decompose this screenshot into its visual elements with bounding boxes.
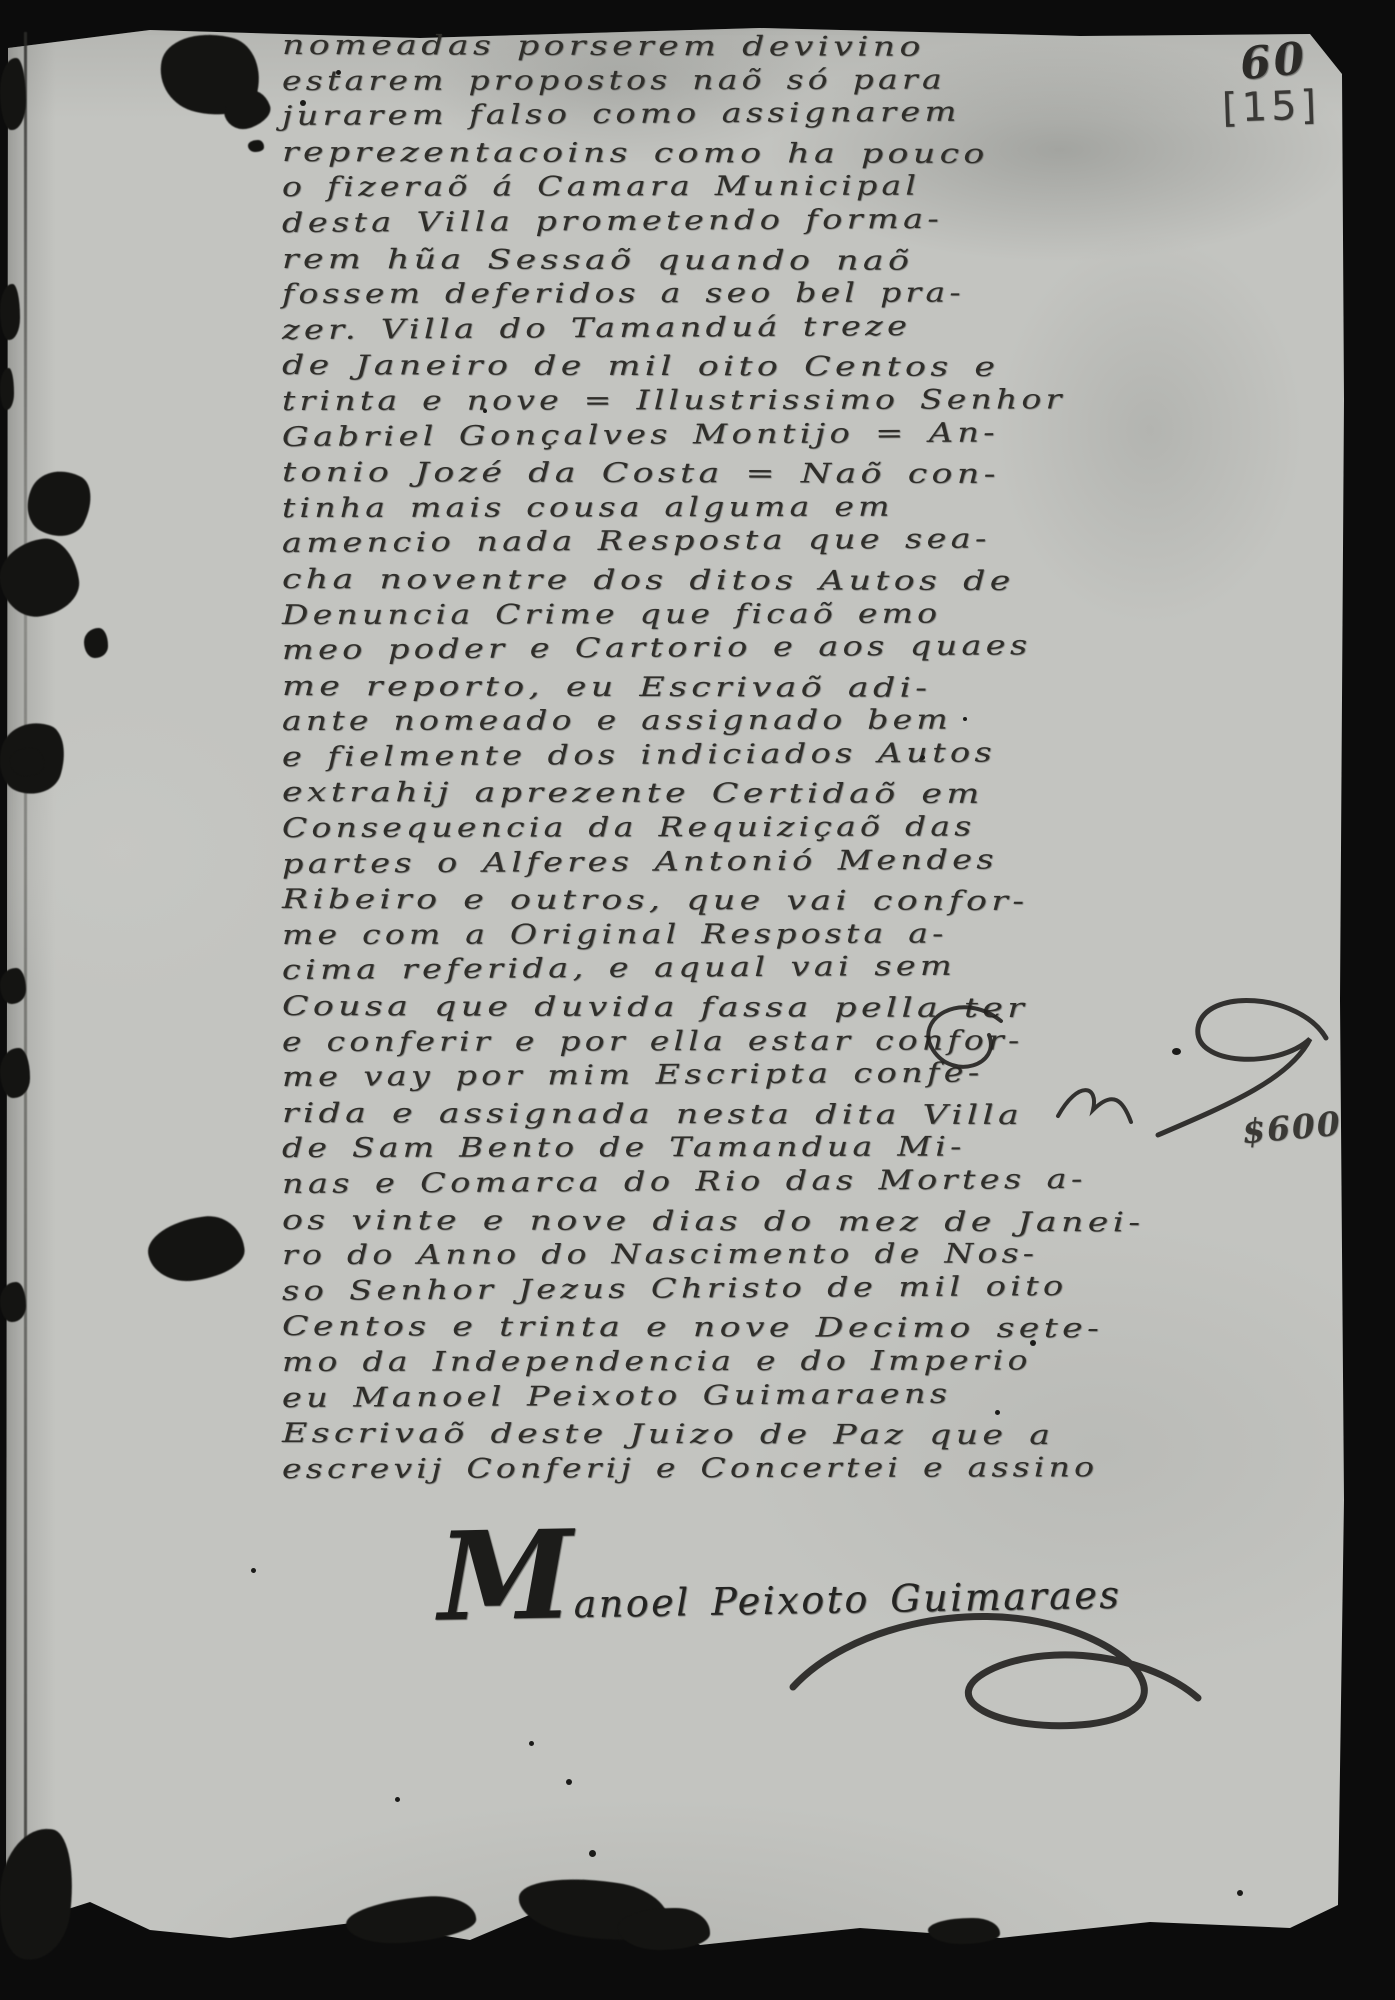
- scan-background: nomeadas porserem devivinoestarem propos…: [0, 0, 1395, 2000]
- ink-speck: [529, 1741, 534, 1746]
- manuscript-line: meo poder e Cartorio e aos quaes: [282, 630, 1150, 671]
- manuscript-line: nomeadas porserem devivino: [282, 30, 1178, 68]
- ink-blot: [928, 1918, 1000, 1944]
- manuscript-lines: nomeadas porserem devivinoestarem propos…: [282, 30, 982, 1489]
- manuscript-line: rida e assignada nesta dita Villa: [282, 1098, 1178, 1136]
- manuscript-line: ro do Anno do Nascimento de Nos-: [282, 1238, 1136, 1275]
- ink-speck: [920, 755, 925, 760]
- ink-speck: [589, 1850, 596, 1857]
- ink-blot: [0, 1048, 30, 1098]
- manuscript-line: partes o Alferes Antonió Mendes: [282, 843, 1150, 884]
- line-end-flourish: [903, 993, 1018, 1098]
- ink-speck: [395, 1797, 400, 1802]
- manuscript-line: Cousa que duvida fassa pella ter: [282, 991, 1178, 1029]
- manuscript-line: trinta e nove = Illustrissimo Senhor: [282, 384, 1136, 421]
- ink-speck: [483, 409, 487, 413]
- ink-speck: [566, 1779, 572, 1785]
- manuscript-line: os vinte e nove dias do mez de Janei-: [282, 1205, 1178, 1243]
- manuscript-line: me reporto, eu Escrivaõ adi-: [282, 671, 1178, 709]
- manuscript-line: rem hũa Sessaõ quando naõ: [282, 244, 1178, 282]
- manuscript-line: me vay por mim Escripta confe-: [282, 1057, 1150, 1098]
- manuscript-line: de Janeiro de mil oito Centos e: [282, 350, 1178, 388]
- stamp-number: [15]: [1221, 82, 1321, 131]
- manuscript-line: so Senhor Jezus Christo de mil oito: [282, 1270, 1150, 1311]
- manuscript-line: Ribeiro e outros, que vai confor-: [282, 884, 1178, 922]
- manuscript-line: e fielmente dos indiciados Autos: [282, 736, 1150, 777]
- ink-blot: [0, 1282, 26, 1322]
- manuscript-line: reprezentacoins como ha pouco: [282, 137, 1178, 175]
- ink-blot: [10, 748, 44, 776]
- manuscript-line: Escrivaõ deste Juizo de Paz que a: [282, 1418, 1178, 1456]
- ink-speck: [1172, 1048, 1181, 1055]
- ink-blot: [0, 968, 26, 1004]
- manuscript-line: fossem deferidos a seo bel pra-: [282, 277, 1136, 314]
- manuscript-line: cima referida, e aqual vai sem: [282, 950, 1150, 991]
- ink-blot: [618, 1908, 710, 1950]
- ink-speck: [336, 70, 341, 75]
- ink-blot: [0, 284, 20, 340]
- manuscript-line: nas e Comarca do Rio das Mortes a-: [282, 1164, 1150, 1205]
- small-squiggle-flourish: [1053, 1070, 1138, 1132]
- ink-blot: [84, 628, 108, 658]
- manuscript-line: Consequencia da Requiziçaõ das: [282, 811, 1136, 848]
- manuscript-line: amencio nada Resposta que sea-: [282, 523, 1150, 564]
- manuscript-line: eu Manoel Peixoto Guimaraens: [282, 1377, 1150, 1418]
- manuscript-line: de Sam Bento de Tamandua Mi-: [282, 1132, 1136, 1169]
- manuscript-line: ante nomeado e assignado bem: [282, 704, 1136, 741]
- manuscript-line: o fizeraõ á Camara Municipal: [282, 171, 1136, 208]
- folio-number: 60: [1238, 33, 1310, 91]
- manuscript-line: desta Villa prometendo forma-: [282, 202, 1150, 243]
- manuscript-line: escrevij Conferij e Concertei e assino: [282, 1452, 1136, 1489]
- manuscript-line: extrahij aprezente Certidaõ em: [282, 777, 1178, 815]
- ink-speck: [963, 717, 967, 721]
- manuscript-line: mo da Independencia e do Imperio: [282, 1345, 1136, 1382]
- ink-blot: [248, 140, 264, 152]
- manuscript-line: Centos e trinta e nove Decimo sete-: [282, 1311, 1178, 1349]
- ink-blot: [0, 58, 26, 130]
- manuscript-line: zer. Villa do Tamanduá treze: [282, 309, 1150, 350]
- manuscript-line: tonio Jozé da Costa = Naõ con-: [282, 457, 1178, 495]
- ink-speck: [1237, 1890, 1243, 1896]
- manuscript-line: Gabriel Gonçalves Montijo = An-: [282, 416, 1150, 457]
- manuscript-line: cha noventre dos ditos Autos de: [282, 564, 1178, 602]
- margin-rubric-flourish: [1128, 983, 1343, 1148]
- ink-speck: [1030, 1340, 1036, 1346]
- ink-speck: [995, 1410, 1000, 1415]
- manuscript-line: jurarem falso como assignarem: [282, 96, 1150, 137]
- signature-flourish: [778, 1572, 1218, 1747]
- ink-speck: [300, 100, 306, 106]
- ink-speck: [251, 1568, 256, 1573]
- ink-blot: [0, 368, 14, 410]
